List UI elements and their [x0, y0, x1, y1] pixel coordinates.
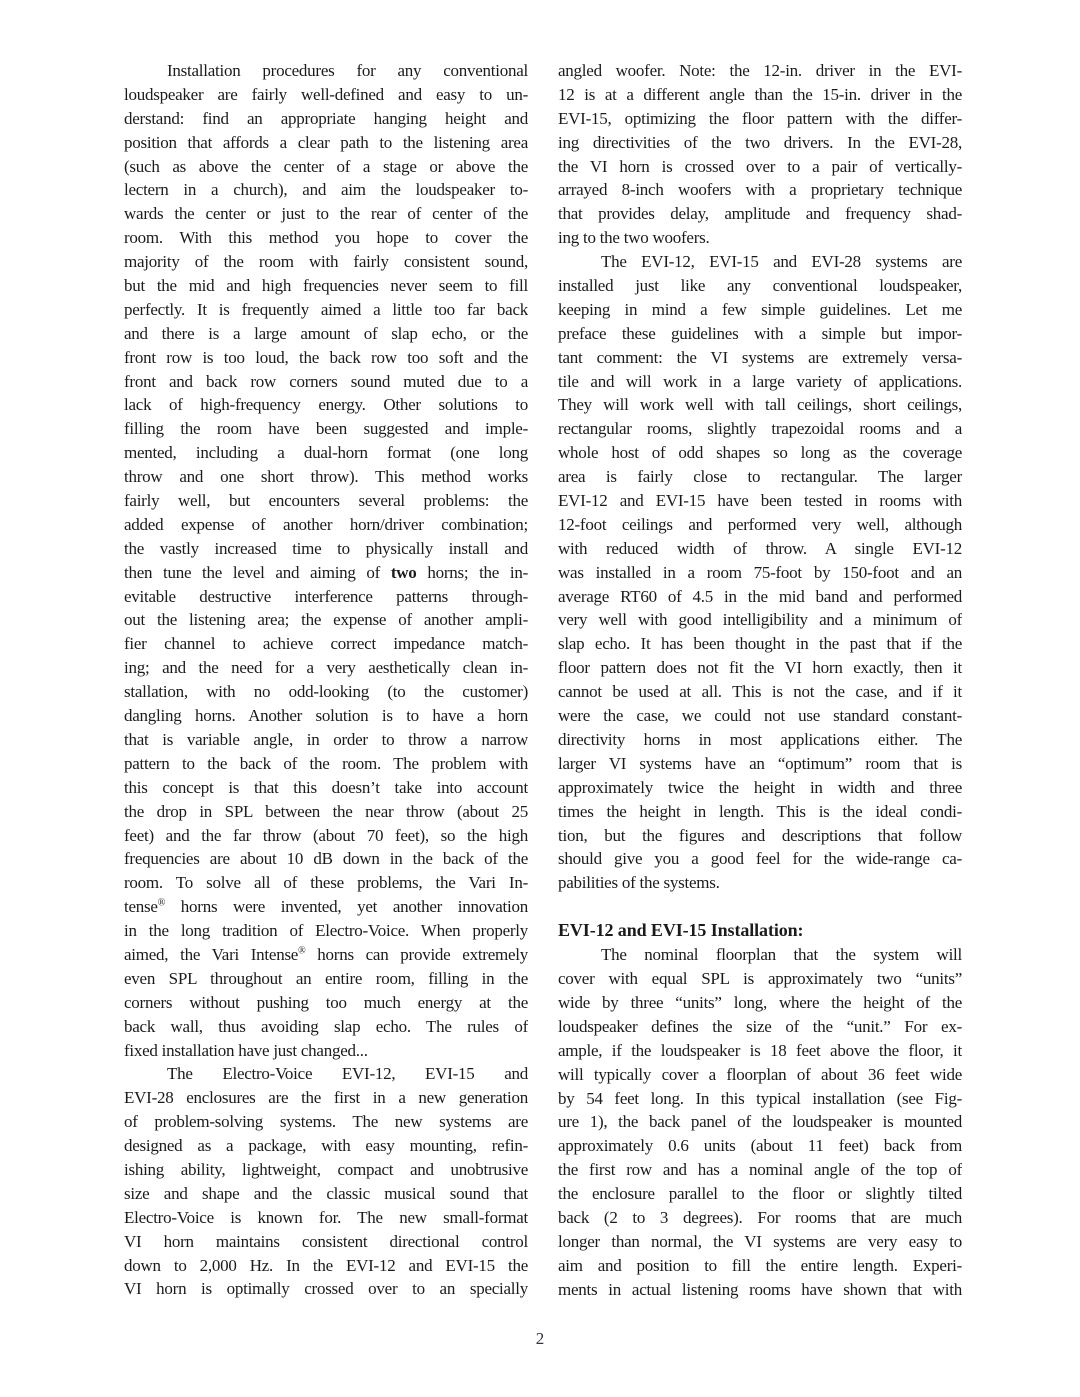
- text-line: front row is too loud, the back row too …: [124, 346, 528, 370]
- text-line: EVI-28 enclosures are the first in a new…: [124, 1086, 528, 1110]
- text-line: EVI-12 and EVI-15 have been tested in ro…: [558, 489, 962, 513]
- text-line: evitable destructive interference patter…: [124, 585, 528, 609]
- text-line: this concept is that this doesn’t take i…: [124, 776, 528, 800]
- text-line: slap echo. It has been thought in the pa…: [558, 632, 962, 656]
- text-line: 12-foot ceilings and performed very well…: [558, 513, 962, 537]
- text-line: size and shape and the classic musical s…: [124, 1182, 528, 1206]
- blank-line: [558, 895, 962, 916]
- text-line: throw and one short throw). This method …: [124, 465, 528, 489]
- text-line: position that affords a clear path to th…: [124, 131, 528, 155]
- text-line: out the listening area; the expense of a…: [124, 608, 528, 632]
- text-line: stallation, with no odd-looking (to the …: [124, 680, 528, 704]
- text-line: approximately 0.6 units (about 11 feet) …: [558, 1134, 962, 1158]
- text-line: fier channel to achieve correct impedanc…: [124, 632, 528, 656]
- right-column: angled woofer. Note: the 12-in. driver i…: [558, 59, 962, 1302]
- text-line: fixed installation have just changed...: [124, 1039, 528, 1063]
- page-number: 2: [0, 1329, 1080, 1349]
- text-line: arrayed 8-inch woofers with a proprietar…: [558, 178, 962, 202]
- text-line: frequencies are about 10 dB down in the …: [124, 847, 528, 871]
- text-line: larger VI systems have an “optimum” room…: [558, 752, 962, 776]
- text-line: directivity horns in most applications e…: [558, 728, 962, 752]
- text-columns: Installation procedures for any conventi…: [124, 59, 962, 1302]
- text-line: lectern in a church), and aim the loudsp…: [124, 178, 528, 202]
- text-line: installed just like any conventional lou…: [558, 274, 962, 298]
- text-line: ments in actual listening rooms have sho…: [558, 1278, 962, 1302]
- text-line: down to 2,000 Hz. In the EVI-12 and EVI-…: [124, 1254, 528, 1278]
- text-line: the vastly increased time to physically …: [124, 537, 528, 561]
- left-column: Installation procedures for any conventi…: [124, 59, 528, 1302]
- text-line: back (2 to 3 degrees). For rooms that ar…: [558, 1206, 962, 1230]
- text-line: area is fairly close to rectangular. The…: [558, 465, 962, 489]
- text-line: added expense of another horn/driver com…: [124, 513, 528, 537]
- text-line: tant comment: the VI systems are extreme…: [558, 346, 962, 370]
- section-heading: EVI-12 and EVI-15 Installation:: [558, 916, 962, 943]
- text-line: in the long tradition of Electro-Voice. …: [124, 919, 528, 943]
- text-line: but the mid and high frequencies never s…: [124, 274, 528, 298]
- text-line: very well with good intelligibility and …: [558, 608, 962, 632]
- text-line: times the height in length. This is the …: [558, 800, 962, 824]
- text-line: average RT60 of 4.5 in the mid band and …: [558, 585, 962, 609]
- text-line: VI horn is optimally crossed over to an …: [124, 1277, 528, 1301]
- text-line: the first row and has a nominal angle of…: [558, 1158, 962, 1182]
- text-line: filling the room have been suggested and…: [124, 417, 528, 441]
- text-line: of problem-solving systems. The new syst…: [124, 1110, 528, 1134]
- text-line: by 54 feet long. In this typical install…: [558, 1087, 962, 1111]
- text-line: will typically cover a floorplan of abou…: [558, 1063, 962, 1087]
- text-line: wards the center or just to the rear of …: [124, 202, 528, 226]
- text-line: the drop in SPL between the near throw (…: [124, 800, 528, 824]
- text-line: aim and position to fill the entire leng…: [558, 1254, 962, 1278]
- text-line: Electro-Voice is known for. The new smal…: [124, 1206, 528, 1230]
- text-line: pattern to the back of the room. The pro…: [124, 752, 528, 776]
- text-line: preface these guidelines with a simple b…: [558, 322, 962, 346]
- text-line: Installation procedures for any conventi…: [124, 59, 528, 83]
- text-line: cover with equal SPL is approximately tw…: [558, 967, 962, 991]
- text-line: dangling horns. Another solution is to h…: [124, 704, 528, 728]
- text-line: pabilities of the systems.: [558, 871, 962, 895]
- text-line: back wall, thus avoiding slap echo. The …: [124, 1015, 528, 1039]
- text-line: corners without pushing too much energy …: [124, 991, 528, 1015]
- text-line: with reduced width of throw. A single EV…: [558, 537, 962, 561]
- text-line: ample, if the loudspeaker is 18 feet abo…: [558, 1039, 962, 1063]
- text-line: cannot be used at all. This is not the c…: [558, 680, 962, 704]
- text-line: floor pattern does not fit the VI horn e…: [558, 656, 962, 680]
- text-line: mented, including a dual-horn format (on…: [124, 441, 528, 465]
- text-line: They will work well with tall ceilings, …: [558, 393, 962, 417]
- text-line: loudspeaker defines the size of the “uni…: [558, 1015, 962, 1039]
- text-line: 12 is at a different angle than the 15-i…: [558, 83, 962, 107]
- text-line: The EVI-12, EVI-15 and EVI-28 systems ar…: [558, 250, 962, 274]
- text-line: even SPL throughout an entire room, fill…: [124, 967, 528, 991]
- text-line: VI horn maintains consistent directional…: [124, 1230, 528, 1254]
- text-line: were the case, we could not use standard…: [558, 704, 962, 728]
- text-line: fairly well, but encounters several prob…: [124, 489, 528, 513]
- text-line: whole host of odd shapes so long as the …: [558, 441, 962, 465]
- text-line: room. To solve all of these problems, th…: [124, 871, 528, 895]
- text-line: EVI-15, optimizing the floor pattern wit…: [558, 107, 962, 131]
- text-line: feet) and the far throw (about 70 feet),…: [124, 824, 528, 848]
- document-page: Installation procedures for any conventi…: [0, 0, 1080, 1397]
- text-line: the VI horn is crossed over to a pair of…: [558, 155, 962, 179]
- text-line: ishing ability, lightweight, compact and…: [124, 1158, 528, 1182]
- text-line: front and back row corners sound muted d…: [124, 370, 528, 394]
- text-line: was installed in a room 75-foot by 150-f…: [558, 561, 962, 585]
- text-line: tense® horns were invented, yet another …: [124, 895, 528, 919]
- text-line: aimed, the Vari Intense® horns can provi…: [124, 943, 528, 967]
- text-line: lack of high-frequency energy. Other sol…: [124, 393, 528, 417]
- text-line: approximately twice the height in width …: [558, 776, 962, 800]
- text-line: (such as above the center of a stage or …: [124, 155, 528, 179]
- text-line: The nominal floorplan that the system wi…: [558, 943, 962, 967]
- text-line: perfectly. It is frequently aimed a litt…: [124, 298, 528, 322]
- text-line: loudspeaker are fairly well-defined and …: [124, 83, 528, 107]
- text-line: rectangular rooms, slightly trapezoidal …: [558, 417, 962, 441]
- text-line: tion, but the figures and descriptions t…: [558, 824, 962, 848]
- text-line: then tune the level and aiming of two ho…: [124, 561, 528, 585]
- text-line: ing to the two woofers.: [558, 226, 962, 250]
- text-line: The Electro-Voice EVI-12, EVI-15 and: [124, 1062, 528, 1086]
- text-line: that is variable angle, in order to thro…: [124, 728, 528, 752]
- text-line: the enclosure parallel to the floor or s…: [558, 1182, 962, 1206]
- text-line: derstand: find an appropriate hanging he…: [124, 107, 528, 131]
- text-line: room. With this method you hope to cover…: [124, 226, 528, 250]
- text-line: wide by three “units” long, where the he…: [558, 991, 962, 1015]
- text-line: keeping in mind a few simple guidelines.…: [558, 298, 962, 322]
- text-line: should give you a good feel for the wide…: [558, 847, 962, 871]
- text-line: majority of the room with fairly consist…: [124, 250, 528, 274]
- text-line: that provides delay, amplitude and frequ…: [558, 202, 962, 226]
- text-line: tile and will work in a large variety of…: [558, 370, 962, 394]
- text-line: longer than normal, the VI systems are v…: [558, 1230, 962, 1254]
- text-line: ing; and the need for a very aesthetical…: [124, 656, 528, 680]
- text-line: ure 1), the back panel of the loudspeake…: [558, 1110, 962, 1134]
- text-line: angled woofer. Note: the 12-in. driver i…: [558, 59, 962, 83]
- text-line: and there is a large amount of slap echo…: [124, 322, 528, 346]
- text-line: ing directivities of the two drivers. In…: [558, 131, 962, 155]
- text-line: designed as a package, with easy mountin…: [124, 1134, 528, 1158]
